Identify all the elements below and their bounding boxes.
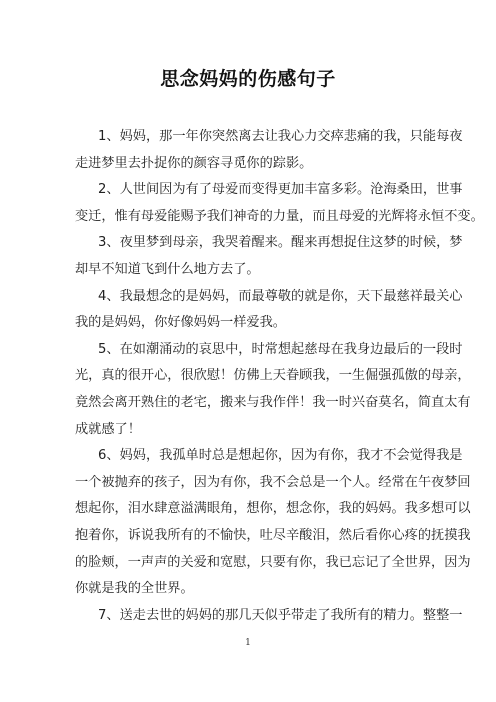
paragraph-6-line-6: 你就是我的全世界。: [75, 576, 425, 603]
paragraph-3-line-2: 却早不知道飞到什么地方去了。: [75, 257, 425, 284]
paragraph-5-line-1: 5、在如潮涌动的哀思中，时常想起慈母在我身边最后的一段时: [75, 337, 425, 364]
paragraph-6-line-5: 的脸颊，一声声的关爱和宽慰，只要有你，我已忘记了全世界，因为: [75, 550, 425, 577]
paragraph-6-line-1: 6、妈妈，我孤单时总是想起你，因为有你，我才不会觉得我是: [75, 443, 425, 470]
paragraph-5-line-4: 成就感了！: [75, 417, 425, 444]
paragraph-3-line-1: 3、夜里梦到母亲，我哭着醒来。醒来再想捉住这梦的时候，梦: [75, 230, 425, 257]
paragraph-1-line-2: 走进梦里去扑捉你的颜容寻觅你的踪影。: [75, 151, 425, 178]
document-page: 思念妈妈的伤感句子 1、妈妈，那一年你突然离去让我心力交瘁悲痛的我，只能每夜 走…: [0, 0, 496, 702]
paragraph-2-line-1: 2、人世间因为有了母爱而变得更加丰富多彩。沧海桑田，世事: [75, 177, 425, 204]
paragraph-6-line-2: 一个被抛弃的孩子，因为有你，我不会总是一个人。经常在午夜梦回: [75, 470, 425, 497]
document-title: 思念妈妈的伤感句子: [0, 64, 496, 91]
page-number: 1: [0, 638, 496, 648]
paragraph-6-line-4: 抱着你，诉说我所有的不愉快，吐尽辛酸泪，然后看你心疼的抚摸我: [75, 523, 425, 550]
paragraph-1-line-1: 1、妈妈，那一年你突然离去让我心力交瘁悲痛的我，只能每夜: [75, 124, 425, 151]
paragraph-2-line-2: 变迁，惟有母爱能赐予我们神奇的力量，而且母爱的光辉将永恒不变。: [75, 204, 425, 231]
paragraph-7-line-1: 7、送走去世的妈妈的那几天似乎带走了我所有的精力。整整一: [75, 603, 425, 630]
paragraph-4-line-1: 4、我最想念的是妈妈，而最尊敬的就是你，天下最慈祥最关心: [75, 284, 425, 311]
document-body: 1、妈妈，那一年你突然离去让我心力交瘁悲痛的我，只能每夜 走进梦里去扑捉你的颜容…: [75, 124, 425, 629]
paragraph-6-line-3: 想起你，泪水肆意溢满眼角，想你，想念你，我的妈妈。我多想可以: [75, 496, 425, 523]
paragraph-5-line-2: 光，真的很开心，很欣慰！仿佛上天眷顾我，一生倔强孤傲的母亲，: [75, 363, 425, 390]
paragraph-4-line-2: 我的是妈妈，你好像妈妈一样爱我。: [75, 310, 425, 337]
paragraph-5-line-3: 竟然会离开熟住的老宅，搬来与我作伴！我一时兴奋莫名，简直太有: [75, 390, 425, 417]
